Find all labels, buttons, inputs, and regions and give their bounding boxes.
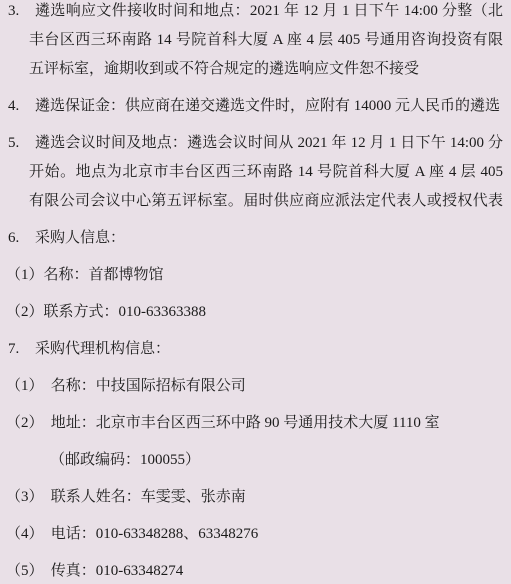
- item-5-line-3: 有限公司会议中心第五评标室。届时供应商应派法定代表人或授权代表参加遴选会议。: [0, 187, 503, 216]
- document-page: { "page": { "background_color": "#e9e0e7…: [0, 0, 511, 584]
- item-4-line: 4. 遴选保证金：供应商在递交遴选文件时，应附有 14000 元人民币的遴选保证…: [0, 92, 503, 121]
- item-5-line-2: 开始。地点为北京市丰台区西三环南路 14 号院首科大厦 A 座 4 层 405 …: [0, 158, 503, 187]
- item-7-heading-text: 采购代理机构信息：: [35, 341, 170, 357]
- item-4-text: 遴选保证金：供应商在递交遴选文件时，应附有 14000 元人民币的遴选保证金。: [35, 98, 500, 121]
- item-3-line-3-text: 五评标室，逾期收到或不符合规定的遴选响应文件恕不接受: [29, 61, 419, 77]
- item-5-line-1: 5. 遴选会议时间及地点：遴选会议时间从 2021 年 12 月 1 日下午 1…: [0, 129, 503, 158]
- item-3-line-1: 3. 遴选响应文件接收时间和地点：2021 年 12 月 1 日下午 14:00…: [0, 0, 503, 26]
- item-7-sub-3-text: 联系人姓名：车雯雯、张赤南: [51, 489, 246, 505]
- item-7-sub-1: （1） 名称：中技国际招标有限公司: [0, 372, 503, 401]
- item-6-sub-2-text: （2）联系方式：010-63363388: [6, 304, 206, 320]
- item-4-number: 4.: [8, 92, 19, 121]
- item-5-line-3-text: 有限公司会议中心第五评标室。届时供应商应派法定代表人或授权代表参加遴选会议。: [29, 193, 503, 216]
- item-7-postal-code-line: （邮政编码：100055）: [0, 446, 503, 475]
- item-7-sub-5: （5） 传真：010-63348274: [0, 557, 503, 584]
- item-7-sub-4-number: （4）: [6, 520, 47, 549]
- item-7-sub-1-text: 名称：中技国际招标有限公司: [51, 378, 246, 394]
- item-7-sub-2-number: （2）: [6, 409, 47, 438]
- item-6-sub-1-text: （1）名称：首都博物馆: [6, 267, 164, 283]
- item-3-number: 3.: [8, 0, 19, 26]
- item-6-heading: 6. 采购人信息：: [0, 224, 503, 253]
- item-6-sub-2: （2）联系方式：010-63363388: [0, 298, 503, 327]
- item-3-line-2: 丰台区西三环南路 14 号院首科大厦 A 座 4 层 405 号通用咨询投资有限…: [0, 26, 503, 55]
- item-7-postal-code-text: （邮政编码：100055）: [50, 452, 200, 468]
- item-7-sub-2-text: 地址：北京市丰台区西三环中路 90 号通用技术大厦 1110 室: [51, 415, 440, 431]
- item-7-sub-5-text: 传真：010-63348274: [51, 563, 184, 579]
- item-5-line-2-text: 开始。地点为北京市丰台区西三环南路 14 号院首科大厦 A 座 4 层 405 …: [29, 164, 503, 187]
- item-7-sub-5-number: （5）: [6, 557, 47, 584]
- item-7-sub-2: （2） 地址：北京市丰台区西三环中路 90 号通用技术大厦 1110 室: [0, 409, 503, 438]
- item-3-line-2-text: 丰台区西三环南路 14 号院首科大厦 A 座 4 层 405 号通用咨询投资有限…: [29, 32, 503, 55]
- item-7-sub-3-number: （3）: [6, 483, 47, 512]
- item-6-sub-1: （1）名称：首都博物馆: [0, 261, 503, 290]
- item-3-line-3: 五评标室，逾期收到或不符合规定的遴选响应文件恕不接受: [0, 55, 503, 84]
- item-5-line-1-text: 遴选会议时间及地点：遴选会议时间从 2021 年 12 月 1 日下午 14:0…: [35, 135, 503, 158]
- item-7-sub-4-text: 电话：010-63348288、63348276: [51, 526, 259, 542]
- item-6-heading-text: 采购人信息：: [35, 230, 125, 246]
- item-6-number: 6.: [8, 224, 19, 253]
- item-5-number: 5.: [8, 129, 19, 158]
- item-7-number: 7.: [8, 335, 19, 364]
- item-7-sub-3: （3） 联系人姓名：车雯雯、张赤南: [0, 483, 503, 512]
- item-7-sub-1-number: （1）: [6, 372, 47, 401]
- procurement-notice-body: 3. 遴选响应文件接收时间和地点：2021 年 12 月 1 日下午 14:00…: [0, 0, 511, 584]
- item-7-sub-4: （4） 电话：010-63348288、63348276: [0, 520, 503, 549]
- item-3-line-1-text: 遴选响应文件接收时间和地点：2021 年 12 月 1 日下午 14:00 分整…: [35, 3, 503, 26]
- item-7-heading: 7. 采购代理机构信息：: [0, 335, 503, 364]
